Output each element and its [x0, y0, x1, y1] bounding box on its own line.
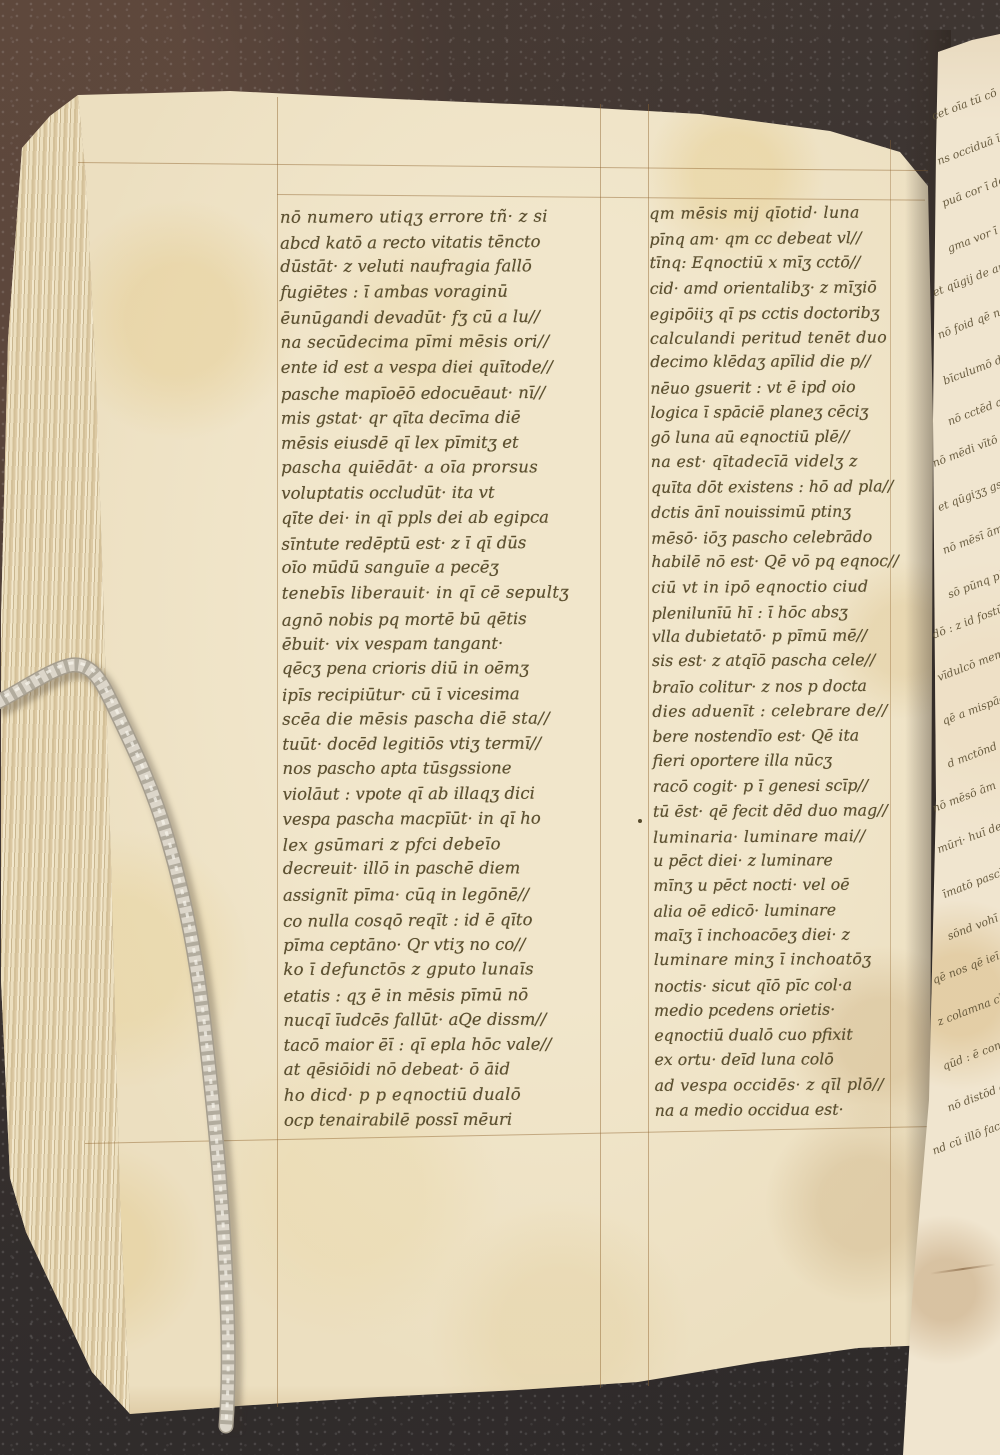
cord-highlight: [0, 663, 228, 1424]
cord-body: [0, 665, 228, 1426]
manuscript-photograph: { "manuscript": { "left_column": { "line…: [0, 0, 1000, 1455]
cord-shadow: [0, 670, 233, 1431]
cord-outline: [0, 665, 228, 1426]
cord-braid-texture: [0, 665, 228, 1426]
bookmark-cord: [0, 0, 1000, 1455]
